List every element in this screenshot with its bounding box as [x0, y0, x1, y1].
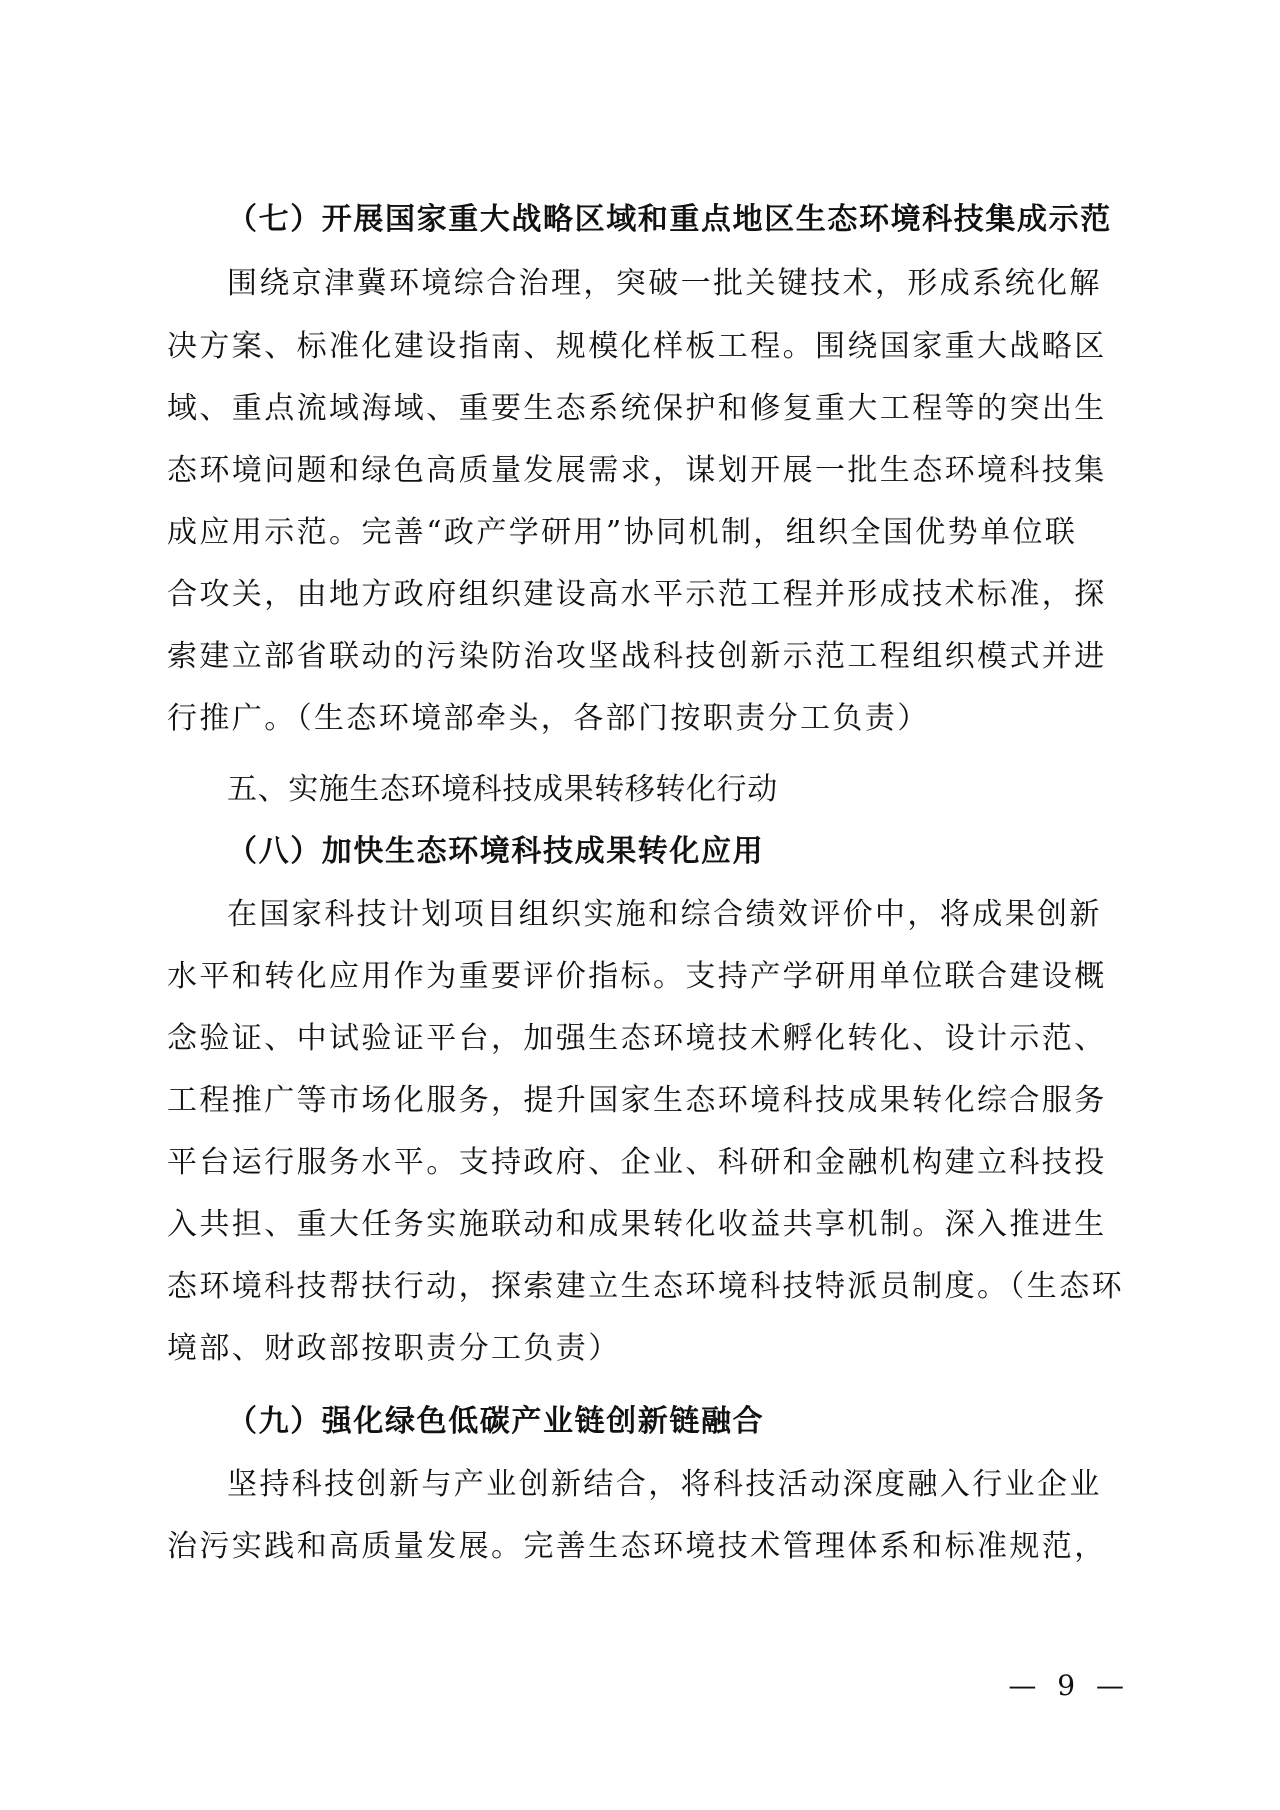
- paragraph-line: 坚持科技创新与产业创新结合，将科技活动深度融入行业企业: [227, 1463, 1187, 1507]
- paragraph-line: 域、重点流域海域、重要生态系统保护和修复重大工程等的突出生: [167, 387, 1127, 431]
- paragraph-line: 行推广。（生态环境部牵头，各部门按职责分工负责）: [167, 697, 1127, 741]
- paragraph-line: 围绕京津冀环境综合治理，突破一批关键技术，形成系统化解: [227, 262, 1187, 306]
- paragraph-line: 成应用示范。完善“政产学研用”协同机制，组织全国优势单位联: [167, 511, 1127, 555]
- paragraph-line: 治污实践和高质量发展。完善生态环境技术管理体系和标准规范，: [167, 1525, 1127, 1569]
- document-page: （七）开展国家重大战略区域和重点地区生态环境科技集成示范 围绕京津冀环境综合治理…: [0, 0, 1280, 1810]
- paragraph-line: 索建立部省联动的污染防治攻坚战科技创新示范工程组织模式并进: [167, 635, 1127, 679]
- paragraph-line: 境部、财政部按职责分工负责）: [167, 1327, 1127, 1371]
- section-heading-eight: （八）加快生态环境科技成果转化应用: [227, 830, 1187, 874]
- paragraph-line: 在国家科技计划项目组织实施和综合绩效评价中，将成果创新: [227, 893, 1187, 937]
- paragraph-line: 水平和转化应用作为重要评价指标。支持产学研用单位联合建设概: [167, 955, 1127, 999]
- paragraph-line: 工程推广等市场化服务，提升国家生态环境科技成果转化综合服务: [167, 1079, 1127, 1123]
- paragraph-line: 念验证、中试验证平台，加强生态环境技术孵化转化、设计示范、: [167, 1017, 1127, 1061]
- part-heading-five: 五、实施生态环境科技成果转移转化行动: [227, 768, 1187, 812]
- paragraph-line: 入共担、重大任务实施联动和成果转化收益共享机制。深入推进生: [167, 1203, 1127, 1247]
- paragraph-line: 合攻关，由地方政府组织建设高水平示范工程并形成技术标准，探: [167, 573, 1127, 617]
- section-heading-seven: （七）开展国家重大战略区域和重点地区生态环境科技集成示范: [227, 198, 1187, 242]
- section-heading-nine: （九）强化绿色低碳产业链创新链融合: [227, 1400, 1187, 1444]
- page-number: — 9 —: [1000, 1666, 1130, 1706]
- paragraph-line: 决方案、标准化建设指南、规模化样板工程。围绕国家重大战略区: [167, 325, 1127, 369]
- paragraph-line: 平台运行服务水平。支持政府、企业、科研和金融机构建立科技投: [167, 1141, 1127, 1185]
- paragraph-line: 态环境问题和绿色高质量发展需求，谋划开展一批生态环境科技集: [167, 449, 1127, 493]
- paragraph-line: 态环境科技帮扶行动，探索建立生态环境科技特派员制度。（生态环: [167, 1265, 1127, 1309]
